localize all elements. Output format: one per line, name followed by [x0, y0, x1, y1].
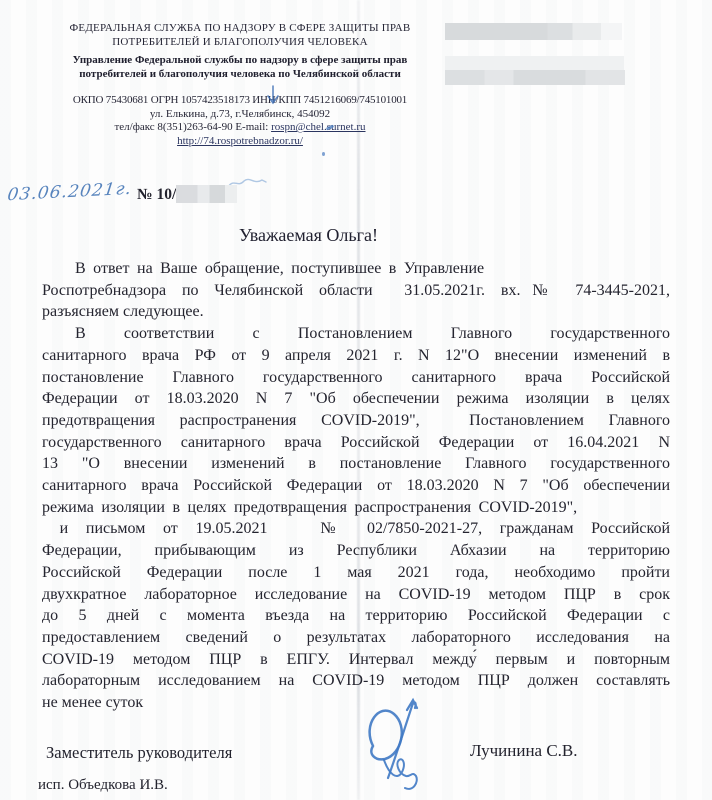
body-line: санитарного врача Российской Федерации о… — [42, 475, 670, 497]
letterhead: ФЕДЕРАЛЬНАЯ СЛУЖБА ПО НАДЗОРУ В СФЕРЕ ЗА… — [56, 21, 424, 148]
department-line-2: потребителей и благополучия человека по … — [56, 67, 424, 81]
body-line: Федерации, прибывающим из Республики Абх… — [42, 540, 670, 562]
redacted-block — [445, 56, 624, 70]
phone-fax-label: тел/факс 8(351)263-64-90 E-mail: — [114, 121, 271, 133]
body-text: В ответ на Ваше обращение, поступившее в… — [42, 258, 670, 714]
body-line: лабораторным исследованием на COVID-19 м… — [42, 670, 670, 692]
scanned-letter-page: ФЕДЕРАЛЬНАЯ СЛУЖБА ПО НАДЗОРУ В СФЕРЕ ЗА… — [0, 0, 712, 800]
pen-arrow-mark-icon — [266, 85, 280, 107]
body-line: и письмом от 19.05.2021 № 02/7850-2021-2… — [42, 518, 670, 540]
phone-email-line: тел/факс 8(351)263-64-90 E-mail: rospn@c… — [56, 121, 424, 135]
org-name-line-1: ФЕДЕРАЛЬНАЯ СЛУЖБА ПО НАДЗОРУ В СФЕРЕ ЗА… — [56, 21, 424, 35]
executor-name: исп. Объедкова И.В. — [38, 777, 168, 794]
body-line: предотвращения распространения COVID-201… — [42, 410, 670, 432]
body-line: В соответствии с Постановлением Главного… — [42, 323, 670, 345]
org-name-line-2: ПОТРЕБИТЕЛЕЙ И БЛАГОПОЛУЧИЯ ЧЕЛОВЕКА — [56, 35, 424, 49]
body-line: санитарного врача РФ от 9 апреля 2021 г.… — [42, 345, 670, 367]
body-line: 13 "О внесении изменений в постановление… — [42, 453, 670, 475]
body-line: Российской Федерации после 1 мая 2021 го… — [42, 562, 670, 584]
body-line: двухкратное лабораторное исследование на… — [42, 584, 670, 606]
handwritten-signature-icon — [348, 694, 458, 796]
body-line: В ответ на Ваше обращение, поступившее в… — [42, 258, 670, 280]
redacted-number-block — [176, 185, 237, 203]
email-link[interactable]: rospn@chel.surnet.ru — [271, 121, 365, 133]
website-link[interactable]: http://74.rospotrebnadzor.ru/ — [177, 135, 303, 147]
address-line: ул. Елькина, д.73, г.Челябинск, 454092 — [56, 108, 424, 122]
body-line: Роспотребнадзора по Челябинской области … — [42, 280, 670, 302]
requisites-line: ОКПО 75430681 ОГРН 1057423518173 ИНН/КПП… — [56, 94, 424, 108]
signer-name: Лучинина С.В. — [470, 741, 578, 761]
handwritten-date: 03.06.2021г. — [6, 179, 133, 205]
body-line: COVID-19 методом ПЦР в ЕПГУ. Интервал ме… — [42, 649, 670, 671]
salutation: Уважаемая Ольга! — [239, 225, 378, 246]
body-line: разъясняем следующее. — [42, 301, 670, 323]
body-line: постановление Главного государственного … — [42, 367, 670, 389]
department-line-1: Управление Федеральной службы по надзору… — [56, 53, 424, 67]
redacted-block — [445, 70, 625, 85]
outgoing-number-prefix: № 10/ — [137, 186, 176, 204]
body-line: до 5 дней с момента въезда на территорию… — [42, 605, 670, 627]
body-line: государственного санитарного врача Росси… — [42, 432, 670, 454]
pen-dot-mark-icon — [322, 152, 325, 156]
redacted-block — [445, 23, 622, 40]
body-line: Федерации от 18.03.2020 N 7 "Об обеспече… — [42, 388, 670, 410]
body-line: предоставлением сведений о результатах л… — [42, 627, 670, 649]
signer-title: Заместитель руководителя — [46, 743, 232, 763]
body-line: режима изоляции в целях предотвращения р… — [42, 497, 670, 519]
